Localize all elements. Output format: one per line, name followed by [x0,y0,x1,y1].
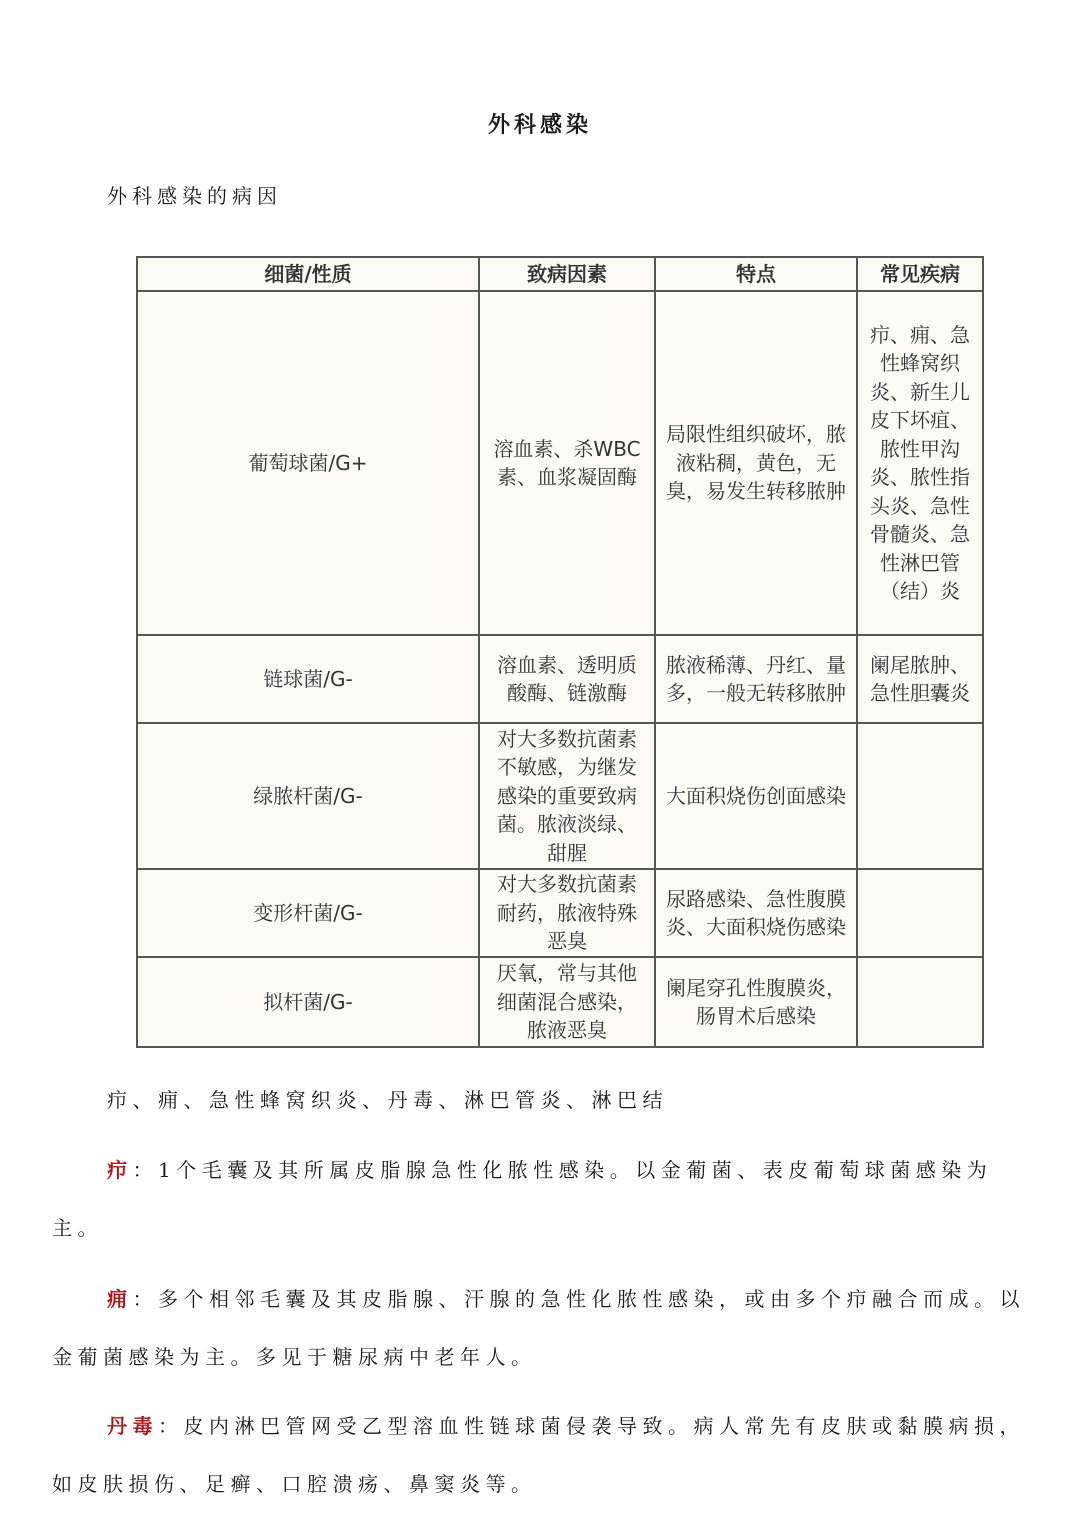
section-heading: 外科感染的病因 [107,180,282,209]
definition-term: 疖 [107,1158,133,1182]
cell-diseases: 疖、痈、急性蜂窝织炎、新生儿皮下坏疽、脓性甲沟炎、脓性指头炎、急性骨髓炎、急性淋… [857,291,983,635]
cell-factors: 厌氧，常与其他细菌混合感染，脓液恶臭 [479,957,655,1047]
definition-sep: ： [133,1158,159,1182]
definition-sep: ： [158,1414,184,1438]
cell-features: 大面积烧伤创面感染 [655,723,857,869]
cell-bacteria: 变形杆菌/G- [137,869,479,957]
cell-features: 脓液稀薄、丹红、量多，一般无转移脓肿 [655,635,857,723]
header-bacteria: 细菌/性质 [137,257,479,291]
header-features: 特点 [655,257,857,291]
cell-factors: 对大多数抗菌素不敏感，为继发感染的重要致病菌。脓液淡绿、甜腥 [479,723,655,869]
cell-factors: 对大多数抗菌素耐药，脓液特殊恶臭 [479,869,655,957]
cell-features: 阑尾穿孔性腹膜炎，肠胃术后感染 [655,957,857,1047]
cell-bacteria: 拟杆菌/G- [137,957,479,1047]
definition-paragraph: 痈：多个相邻毛囊及其皮脂腺、汗腺的急性化脓性感染，或由多个疖融合而成。以金葡菌感… [52,1270,1032,1386]
definition-term: 丹毒 [107,1414,158,1438]
definition-paragraph: 丹毒：皮内淋巴管网受乙型溶血性链球菌侵袭导致。病人常先有皮肤或黏膜病损，如皮肤损… [52,1397,1032,1513]
cell-diseases [857,723,983,869]
definition-sep: ： [133,1287,159,1311]
cell-bacteria: 葡萄球菌/G+ [137,291,479,635]
definition-paragraph: 疖：1个毛囊及其所属皮脂腺急性化脓性感染。以金葡菌、表皮葡萄球菌感染为主。 [52,1141,1032,1257]
table-row: 葡萄球菌/G+ 溶血素、杀WBC素、血浆凝固酶 局限性组织破坏，脓液粘稠，黄色，… [137,291,983,635]
etiology-table: 细菌/性质 致病因素 特点 常见疾病 葡萄球菌/G+ 溶血素、杀WBC素、血浆凝… [136,256,984,1048]
definition-text: 1个毛囊及其所属皮脂腺急性化脓性感染。以金葡菌、表皮葡萄球菌感染为主。 [52,1158,992,1240]
cell-diseases [857,957,983,1047]
cell-diseases [857,869,983,957]
table-row: 变形杆菌/G- 对大多数抗菌素耐药，脓液特殊恶臭 尿路感染、急性腹膜炎、大面积烧… [137,869,983,957]
cell-bacteria: 链球菌/G- [137,635,479,723]
table-row: 绿脓杆菌/G- 对大多数抗菌素不敏感，为继发感染的重要致病菌。脓液淡绿、甜腥 大… [137,723,983,869]
cell-factors: 溶血素、透明质酸酶、链激酶 [479,635,655,723]
cell-features: 尿路感染、急性腹膜炎、大面积烧伤感染 [655,869,857,957]
cell-bacteria: 绿脓杆菌/G- [137,723,479,869]
definition-text: 皮内淋巴管网受乙型溶血性链球菌侵袭导致。病人常先有皮肤或黏膜病损，如皮肤损伤、足… [52,1414,1025,1496]
table-header-row: 细菌/性质 致病因素 特点 常见疾病 [137,257,983,291]
definition-text: 多个相邻毛囊及其皮脂腺、汗腺的急性化脓性感染，或由多个疖融合而成。以金葡菌感染为… [52,1287,1025,1369]
table-row: 拟杆菌/G- 厌氧，常与其他细菌混合感染，脓液恶臭 阑尾穿孔性腹膜炎，肠胃术后感… [137,957,983,1047]
cell-factors: 溶血素、杀WBC素、血浆凝固酶 [479,291,655,635]
disease-list-line: 疖、痈、急性蜂窝织炎、丹毒、淋巴管炎、淋巴结 [107,1071,1080,1129]
header-factors: 致病因素 [479,257,655,291]
table-row: 链球菌/G- 溶血素、透明质酸酶、链激酶 脓液稀薄、丹红、量多，一般无转移脓肿 … [137,635,983,723]
cell-diseases: 阑尾脓肿、急性胆囊炎 [857,635,983,723]
header-diseases: 常见疾病 [857,257,983,291]
page-title: 外科感染 [0,108,1080,139]
definition-term: 痈 [107,1287,133,1311]
cell-features: 局限性组织破坏，脓液粘稠，黄色，无臭，易发生转移脓肿 [655,291,857,635]
